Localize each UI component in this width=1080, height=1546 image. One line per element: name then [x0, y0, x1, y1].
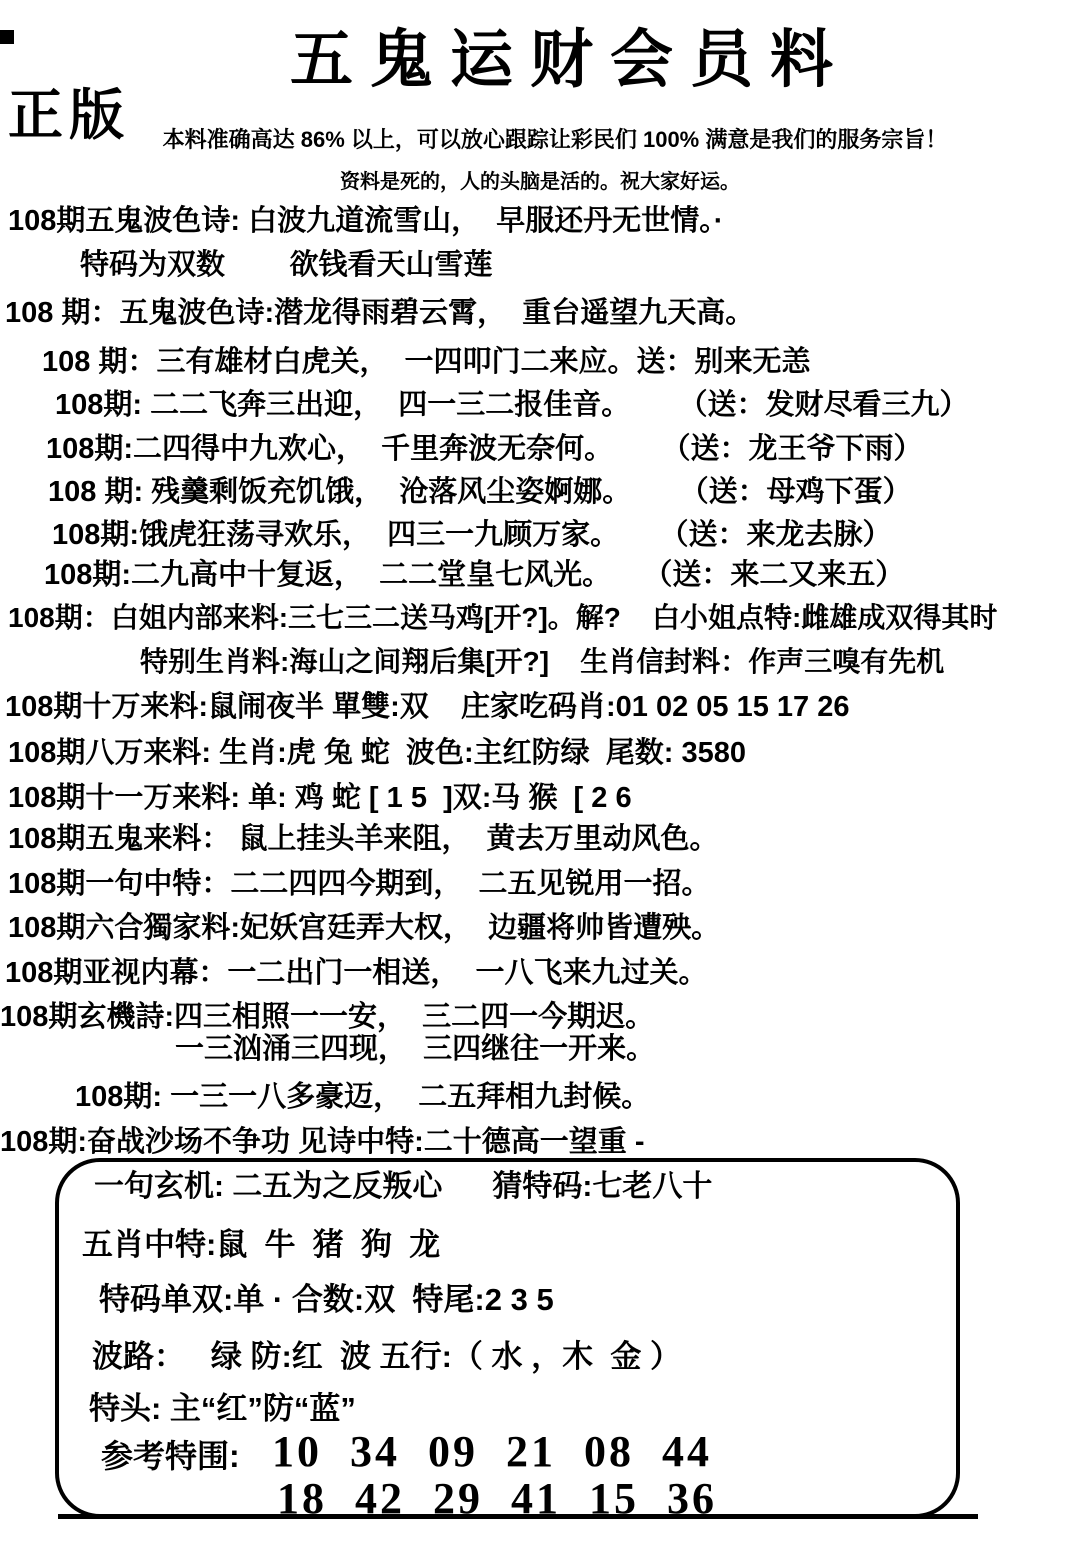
poem-line-2: 特码为双数 欲钱看天山雪莲 — [80, 249, 492, 282]
box-tetou-line: 特头: 主“红”防“蓝” — [89, 1392, 356, 1426]
tip-line-22: 108期:奋战沙场不争功 见诗中特:二十德高一望重 - — [0, 1126, 644, 1159]
tip-line-liuhe: 108期六合獨家料:妃妖宫廷弄大权， 边疆将帅皆遭殃。 — [8, 912, 720, 945]
poem-line-9: 108期:二九高中十复返， 二二堂皇七风光。 （送：来二又来五） — [44, 559, 904, 592]
box-xuanji-line: 一句玄机: 二五为之反叛心 猜特码:七老八十 — [94, 1170, 712, 1203]
motto-line: 资料是死的，人的头脑是活的。祝大家好运。 — [0, 171, 1080, 194]
tip-line-110k: 108期十一万来料: 单: 鸡 蛇 [ 1 5 ]双:马 猴 [ 2 6 — [8, 782, 632, 815]
box-bottom-rule — [58, 1514, 978, 1519]
mystic-poem-2: 一三汹涌三四现， 三四继往一开来。 — [175, 1033, 655, 1066]
page-title: 五鬼运财会员料 — [0, 24, 1080, 96]
poem-line-4: 108 期：三有雄材白虎关， 一四叩门二来应。送：别来无恙 — [42, 346, 811, 379]
tip-line-80k: 108期八万来料: 生肖:虎 兔 蛇 波色:主红防绿 尾数: 3580 — [8, 737, 746, 770]
accuracy-subtitle: 本料准确高达 86% 以上，可以放心跟踪让彩民们 100% 满意是我们的服务宗旨… — [0, 127, 1080, 152]
box-ref-label: 参考特围: — [101, 1439, 240, 1474]
poem-line-1: 108期五鬼波色诗: 白波九道流雪山， 早服还丹无世情。· — [8, 205, 723, 238]
poem-line-8: 108期:饿虎狂荡寻欢乐， 四三一九顾万家。 （送：来龙去脉） — [52, 519, 891, 552]
mystic-poem-1: 108期玄機詩:四三相照一一安， 三二四一今期迟。 — [0, 1001, 654, 1034]
tip-line-yashi: 108期亚视内幕：一二出门一相送， 一八飞来九过关。 — [5, 957, 708, 990]
box-wuxiao-line: 五肖中特:鼠 牛 猪 狗 龙 — [82, 1228, 440, 1262]
tip-line-21: 108期: 一三一八多豪迈， 二五拜相九封候。 — [75, 1081, 650, 1114]
poem-line-5: 108期: 二二飞奔三出迎， 四一三二报佳音。 （送：发财尽看三九） — [55, 389, 969, 422]
tip-line-100k: 108期十万来料:鼠闹夜半 單雙:双 庄家吃码肖:01 02 05 15 17 … — [5, 691, 849, 724]
lottery-tip-sheet: 五鬼运财会员料 正版 本料准确高达 86% 以上，可以放心跟踪让彩民们 100%… — [0, 0, 1080, 1546]
tip-line-wugui: 108期五鬼来料： 鼠上挂头羊来阻， 黄去万里动风色。 — [8, 823, 719, 856]
insider-line-1: 108期：白姐内部来料:三七三二送马鸡[开?]。解? 白小姐点特:雌雄成双得其时 — [8, 602, 997, 634]
box-tema-line: 特码单双:单 · 合数:双 特尾:2 3 5 — [99, 1283, 554, 1317]
poem-line-6: 108期:二四得中九欢心， 千里奔波无奈何。 （送：龙王爷下雨） — [46, 433, 923, 466]
poem-line-3: 108 期：五鬼波色诗:潜龙得雨碧云霄， 重台遥望九天高。 — [5, 297, 754, 330]
tip-line-yiju: 108期一句中特：二二四四今期到， 二五见锐用一招。 — [8, 868, 711, 901]
insider-line-2: 特别生肖料:海山之间翔后集[开?] 生肖信封料：作声三嗅有先机 — [140, 646, 944, 678]
poem-line-7: 108 期: 残羹剩饭充饥饿， 沧落风尘姿婀娜。 （送：母鸡下蛋） — [48, 476, 912, 509]
box-ref-numbers-row1: 10 34 09 21 08 44 — [272, 1428, 712, 1476]
box-bolu-line: 波路： 绿 防:红 波 五行:（ 水 ，木 金 ） — [92, 1340, 681, 1374]
summary-box: 一句玄机: 二五为之反叛心 猜特码:七老八十 五肖中特:鼠 牛 猪 狗 龙 特码… — [55, 1158, 960, 1518]
